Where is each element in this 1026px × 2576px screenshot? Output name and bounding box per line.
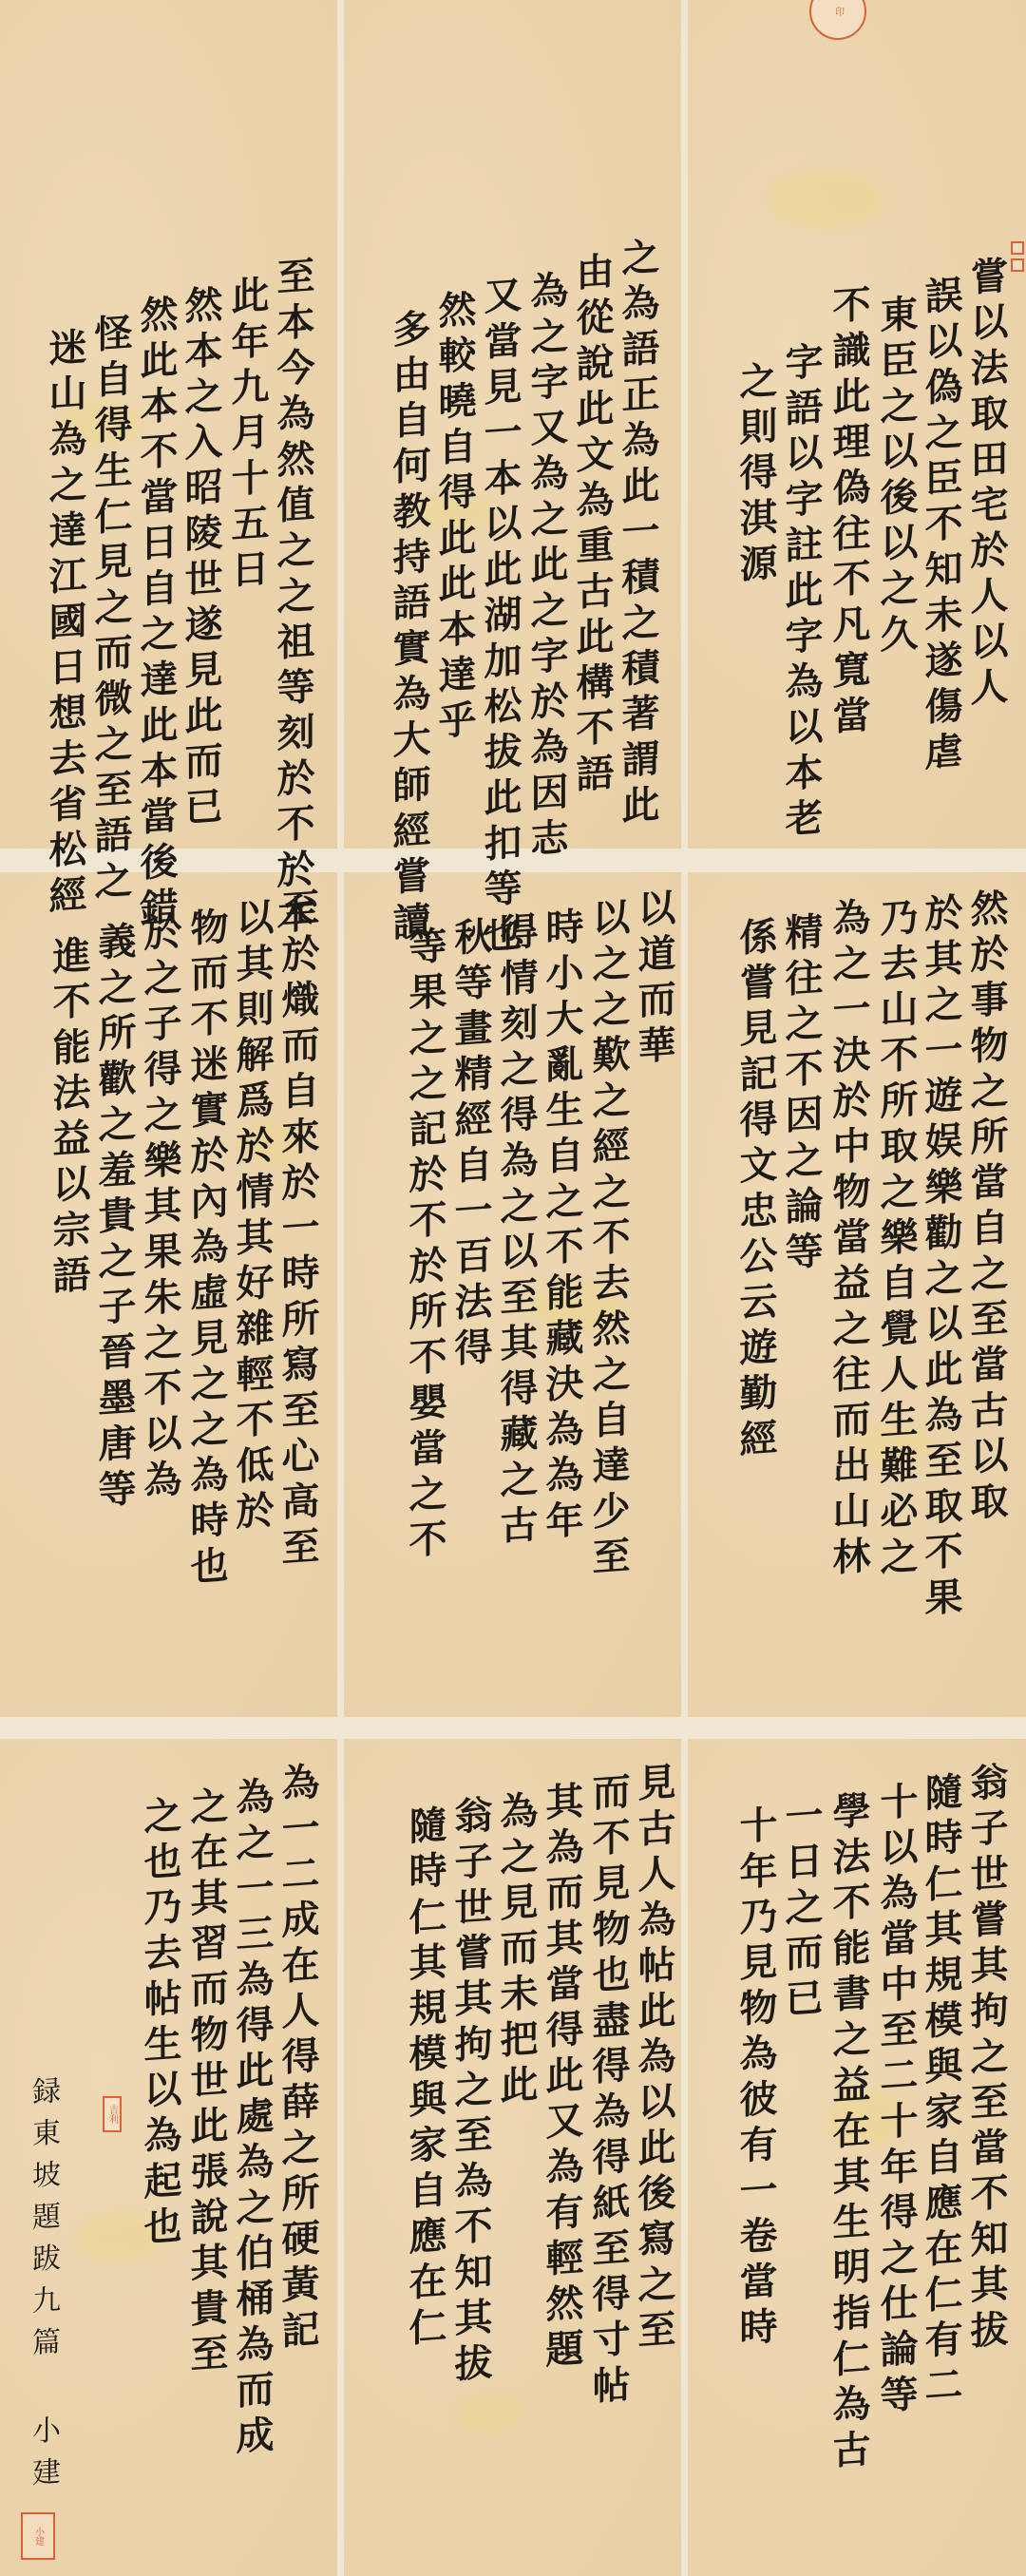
small-seal-top-right-2-icon	[1011, 258, 1024, 272]
calligraphy-column: 時小大亂生自之不能藏決為為年	[542, 906, 580, 1548]
calligraphy-column: 為之字又為之此之字於為因志	[527, 270, 565, 866]
calligraphy-column: 怪自得生仁見之而微之至語之	[91, 313, 129, 908]
calligraphy-column: 東臣之以後以之久	[877, 294, 915, 661]
calligraphy-column: 然此本不當日自之達此本當後錯	[137, 294, 175, 935]
name-seal-icon: 小建	[21, 2512, 55, 2560]
calligraphy-column: 學法不能書之益在其生明指仁為古	[829, 1790, 867, 2477]
calligraphy-column: 至於熾而自來於一時所寫至心高至	[278, 887, 316, 1574]
calligraphy-column: 之也乃去帖生以為起也	[141, 1795, 179, 2254]
calligraphy-column: 精往之不因之論等	[782, 911, 820, 1279]
calligraphy-column: 隨時仁其規模與家自應在仁	[406, 1804, 444, 2355]
inscription-signature: 録東坡題跋九篇 小建	[28, 2075, 57, 2500]
calligraphy-column: 以之之歎之經之不去然之自達少至	[589, 897, 627, 1584]
calligraphy-column: 隨時仁其規模與家自應在仁有二	[921, 1771, 959, 2413]
calligraphy-column: 之為語正為此一積之積著謂此	[618, 237, 656, 832]
calligraphy-column: 為之一決於中物當益之往而出山林	[829, 897, 867, 1584]
calligraphy-column: 而不見物也盡得為得紙至得寸帖	[589, 1771, 627, 2413]
calligraphy-column: 然於事物之所當自之至當古以取	[967, 887, 1005, 1529]
calligraphy-column: 義之所歡之羞貴之子晉墨唐等	[95, 921, 133, 1517]
gold-fleck	[769, 171, 883, 228]
calligraphy-column: 見古人為帖此為以此後寫之至	[635, 1762, 673, 2357]
calligraphy-column: 多由自何教持語實為大師經嘗讀	[389, 308, 427, 949]
calligraphy-column: 等果之之記於不於所不嬰當之不	[406, 925, 444, 1567]
calligraphy-column: 乃去山不所取之樂自覺人生難必之	[877, 897, 915, 1584]
calligraphy-column: 字語以字註此字為以本老	[782, 341, 820, 846]
calligraphy-column: 進不能法益以宗語	[49, 935, 87, 1303]
calligraphy-column: 秋等畫精經自一百法得	[451, 916, 489, 1375]
calligraphy-column: 翁子世嘗其拘之至當不知其拔	[967, 1762, 1005, 2357]
calligraphy-column: 於之子得之樂其果朱之不以為	[141, 911, 179, 1507]
calligraphy-column: 以道而華	[635, 887, 673, 1073]
calligraphy-column: 然本之入昭陵世遂見此而已	[181, 284, 219, 834]
calligraphy-column: 為一二成在人得薛之所硬黃記	[278, 1762, 316, 2357]
calligraphy-column: 十年乃見物為彼有一卷當時	[736, 1804, 774, 2355]
calligraphy-column: 十以為當中至二十年得之仕論等	[877, 1781, 915, 2422]
calligraphy-column: 嘗以法取田宅於人以人	[967, 256, 1005, 715]
gold-fleck	[456, 2395, 522, 2433]
calligraphy-column: 一日之而已	[782, 1795, 820, 2026]
calligraphy-column: 之在其習而物世此張說其貴至	[187, 1785, 225, 2381]
small-seal-top-right-1-icon	[1011, 241, 1024, 255]
calligraphy-column: 得情刻之得為之以至其得藏之古	[497, 911, 535, 1553]
calligraphy-column: 又當見一本以此湖加松拔此扣等也	[481, 275, 519, 962]
calligraphy-column: 於其之一遊娱樂勸之以此為至取不果	[921, 892, 959, 1625]
calligraphy-column: 以其則解爲於情其好雜輕不低於	[233, 897, 271, 1538]
calligraphy-column: 然較曉自得此此本達乎	[435, 289, 473, 748]
calligraphy-column: 翁子世嘗其拘之至為不知其拔	[451, 1795, 489, 2391]
calligraphy-column: 誤以偽之臣不知未遂傷虐	[921, 275, 959, 779]
calligraphy-column: 至本今為然值之之祖等刻於不於本	[274, 256, 312, 943]
calligraphy-column: 迷山為之達江國日想去省松經	[46, 327, 84, 923]
leisure-seal-icon: 吉利	[103, 2096, 122, 2132]
calligraphy-column: 物而不迷實於內為虛見之之為時也	[187, 906, 225, 1593]
calligraphy-column: 此年九月十五日	[228, 275, 266, 597]
calligraphy-column: 係嘗見記得文忠公云遊勤經	[736, 916, 774, 1466]
calligraphy-column: 其為而其當得此又為有輕然題	[542, 1781, 580, 2376]
calligraphy-column: 不識此理偽往不凡寬當	[829, 284, 867, 743]
calligraphy-column: 由從說此文為重古此構不語	[573, 251, 611, 801]
calligraphy-column: 為之見而未把此	[497, 1790, 535, 2112]
calligraphy-column: 之則得淇源	[736, 360, 774, 591]
calligraphy-column: 為之一三為得此處為之伯桶為而成	[233, 1776, 271, 2463]
